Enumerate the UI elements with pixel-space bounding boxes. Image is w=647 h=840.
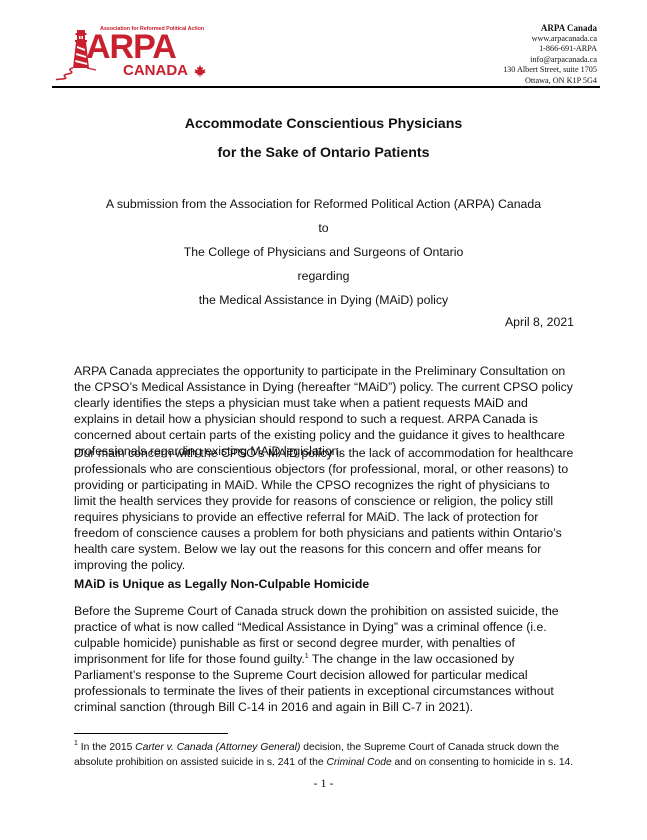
footnote: 1 In the 2015 Carter v. Canada (Attorney…: [74, 740, 584, 770]
document-title-line1: Accommodate Conscientious Physicians: [0, 116, 647, 132]
document-date: April 8, 2021: [505, 315, 574, 329]
footnote-text: and on consenting to homicide in s. 14.: [392, 757, 573, 768]
submission-from: A submission from the Association for Re…: [0, 197, 647, 211]
paragraph-text: Our main concern with the CPSO’s MAiD po…: [74, 445, 574, 573]
contact-block: ARPA Canada www.arpacanada.ca 1-866-691-…: [503, 23, 597, 87]
section-heading: MAiD is Unique as Legally Non-Culpable H…: [74, 577, 369, 591]
contact-address-line1: 130 Albert Street, suite 1705: [503, 65, 597, 76]
header-divider: [52, 86, 600, 88]
footnote-divider: [74, 733, 228, 734]
footnote-text: In the 2015: [78, 742, 135, 753]
footnote-case-name: Carter v. Canada (Attorney General): [135, 742, 300, 753]
logo-wordmark: ARPA: [86, 30, 176, 64]
submission-subject: the Medical Assistance in Dying (MAiD) p…: [0, 293, 647, 307]
paragraph-text: Before the Supreme Court of Canada struc…: [74, 603, 574, 715]
paragraph-main-concern: Our main concern with the CPSO’s MAiD po…: [74, 445, 574, 573]
submission-regarding: regarding: [0, 269, 647, 283]
contact-website[interactable]: www.arpacanada.ca: [503, 34, 597, 45]
submission-to: to: [0, 221, 647, 235]
document-page: Association for Reformed Political Actio…: [0, 0, 647, 840]
paragraph-history: Before the Supreme Court of Canada struc…: [74, 603, 574, 715]
footnote-code-name: Criminal Code: [326, 757, 391, 768]
contact-address-line2: Ottawa, ON K1P 5G4: [503, 76, 597, 87]
arpa-canada-logo: Association for Reformed Political Actio…: [56, 26, 216, 86]
page-number: - 1 -: [0, 776, 647, 791]
contact-org: ARPA Canada: [503, 23, 597, 34]
logo-country: CANADA: [123, 63, 188, 79]
contact-phone: 1-866-691-ARPA: [503, 44, 597, 55]
document-title-line2: for the Sake of Ontario Patients: [0, 145, 647, 161]
submission-recipient: The College of Physicians and Surgeons o…: [0, 245, 647, 259]
maple-leaf-icon: [194, 65, 206, 77]
contact-email[interactable]: info@arpacanada.ca: [503, 55, 597, 66]
